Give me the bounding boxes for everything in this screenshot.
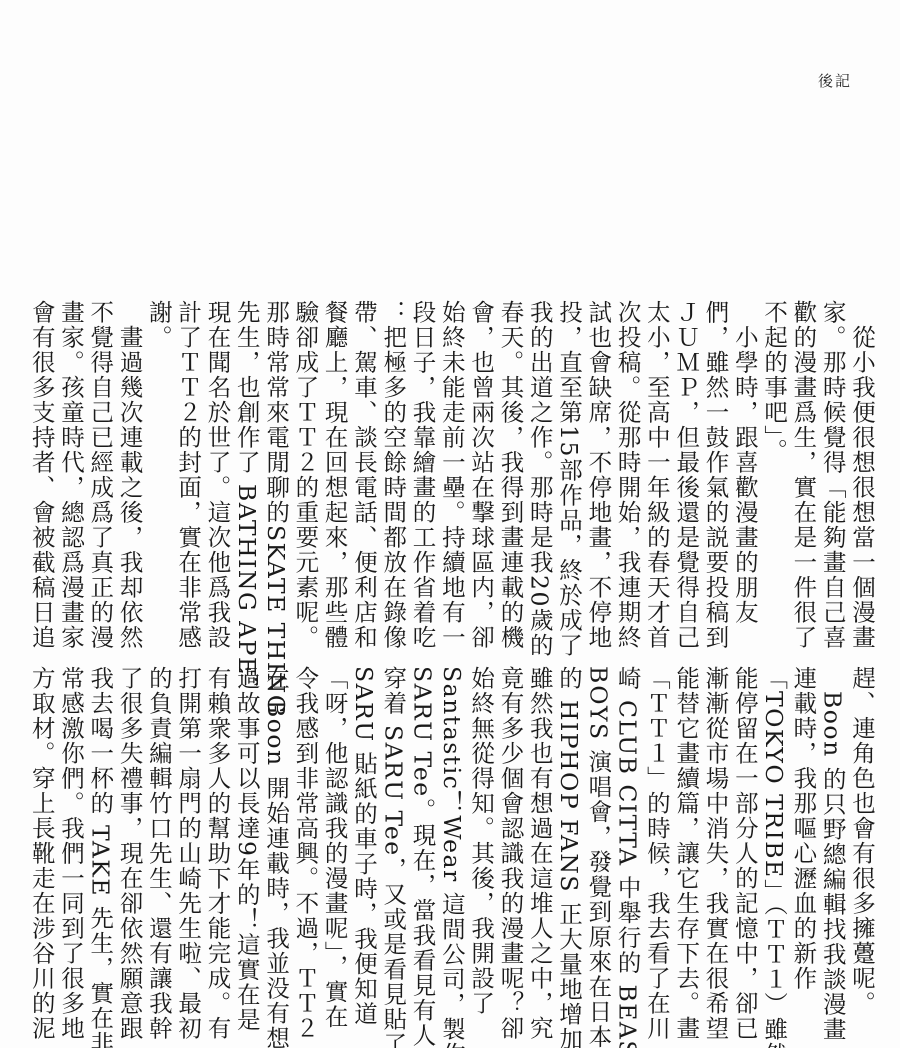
text-column: ＪＵＭＰ，但最後還是覺得自己 (671, 300, 700, 645)
text-column: 有賴衆多人的幫助下才能完成。有 (202, 666, 231, 1011)
text-column: 「TOKYO TRIBE」（ＴＴ１）雖然 (759, 666, 788, 1011)
text-column: 「呀，他認識我的漫畫呢」，實在 (319, 666, 348, 1011)
text-column: 會，也曾兩次站在撃球區内，卻 (466, 300, 495, 645)
text-column: 次投稿。從那時開始，我連期終 (612, 300, 641, 645)
text-column: 的 HIPHOP FANS 正大量地增加。 (554, 666, 583, 1011)
text-column: BOYS 演唱會，發覺到原來在日本 (583, 666, 612, 1011)
text-column: 段日子，我靠繪畫的工作省着吃 (407, 300, 436, 645)
text-column: 打開第一扇門的山崎先生啦、最初 (173, 666, 202, 1011)
text-column: 我去喝一杯的 TAKE 先生，實在非 (85, 666, 114, 1011)
page-header-title: 後記 (818, 70, 852, 91)
text-column: 謝。 (144, 300, 173, 645)
text-column: 連載時，我那嘔心瀝血的新作 (788, 666, 817, 1011)
text-column: SARU 貼紙的車子時，我便知道 (349, 666, 378, 1011)
text-column: 餐廳上，現在回想起來，那些體 (319, 300, 348, 645)
text-column: Santastic！Wear 這間公司，製作了 (437, 666, 466, 1011)
text-column: 崎 CLUB CITTA 中舉行的 BEASTIE (612, 666, 641, 1011)
text-column: 先生，也創作了 BATHING APE， (231, 300, 260, 645)
text-column: 畫家。孩童時代，總認爲漫畫家 (56, 300, 85, 645)
text-column: ：把極多的空餘時間都放在錄像 (378, 300, 407, 645)
afterword-lower-block: 趕、連角色也會有很多擁躉呢。 Boon 的只野總編輯找我談漫畫連載時，我那嘔心瀝… (26, 666, 876, 1011)
text-column: 驗卻成了ＴＴ２的重要元素呢。 (290, 300, 319, 645)
text-column: 畫過幾次連載之後，我却依然 (114, 300, 143, 645)
text-column: 不起的事吧」。 (759, 300, 788, 645)
text-column: 投，直至第15部作品，終於成了 (554, 300, 583, 645)
text-column: 從小我便很想很想當一個漫畫 (847, 300, 876, 645)
text-column: 的負責編輯竹口先生、還有讓我幹 (144, 666, 173, 1011)
text-column: 始終未能走前一壘。持續地有一 (437, 300, 466, 645)
text-column: SARU Tee。現在，當我看見有人 (407, 666, 436, 1011)
text-column: 春天。其後，我得到畫連載的機 (495, 300, 524, 645)
text-column: 常感激你們。我們一同到了很多地 (56, 666, 85, 1011)
text-column: 「ＴＴ１」的時候，我去看了在川 (642, 666, 671, 1011)
afterword-upper-block: 從小我便很想很想當一個漫畫家。那時候覺得「能夠畫自己喜歡的漫畫爲生，實在是一件很… (26, 300, 876, 645)
text-column: 會有很多支持者、會被截稿日追 (26, 300, 55, 645)
text-column: 計了ＴＴ２的封面，實在非常感 (173, 300, 202, 645)
text-column: 不覺得自己已經成爲了真正的漫 (85, 300, 114, 645)
text-column: 小學時，跟喜歡漫畫的朋友 (730, 300, 759, 645)
text-column: 帶、駕車、談長電話、便利店和 (349, 300, 378, 645)
text-column: 過故事可以長達9年的！這實在是 (231, 666, 260, 1011)
text-column: 在 Boon 開始連載時，我並没有想 (261, 666, 290, 1011)
text-column: 雖然我也有想過在這堆人之中，究 (524, 666, 553, 1011)
text-column: 試也會缺席，不停地畫，不停地 (583, 300, 612, 645)
text-column: 漸漸從市場中消失，我實在很希望 (700, 666, 729, 1011)
text-column: 那時常常來電閒聊的SKATE THING (261, 300, 290, 645)
text-column: Boon 的只野總編輯找我談漫畫 (817, 666, 846, 1011)
text-column: 穿着 SARU Tee，又或是看見貼了 (378, 666, 407, 1011)
text-column: 們，雖然一鼓作氣的説要投稿到 (700, 300, 729, 645)
text-column: 竟有多少個會認識我的漫畫呢？卻 (495, 666, 524, 1011)
text-column: 我的出道之作。那時是我20歲的 (524, 300, 553, 645)
text-column: 現在聞名於世了。這次他爲我設 (202, 300, 231, 645)
text-column: 方取材。穿上長靴走在涉谷川的泥 (26, 666, 55, 1011)
text-column: 了很多失禮事，現在卻依然願意跟 (114, 666, 143, 1011)
text-column: 太小，至高中一年級的春天才首 (642, 300, 671, 645)
text-column: 家。那時候覺得「能夠畫自己喜 (817, 300, 846, 645)
text-column: 歡的漫畫爲生，實在是一件很了 (788, 300, 817, 645)
text-column: 始終無從得知。其後，我開設了 (466, 666, 495, 1011)
text-column: 能替它畫續篇，讓它生存下去。畫 (671, 666, 700, 1011)
text-column: 令我感到非常高興。不過，ＴＴ２ (290, 666, 319, 1011)
text-column: 趕、連角色也會有很多擁躉呢。 (847, 666, 876, 1011)
text-column: 能停留在一部分人的記憶中，卻已 (730, 666, 759, 1011)
